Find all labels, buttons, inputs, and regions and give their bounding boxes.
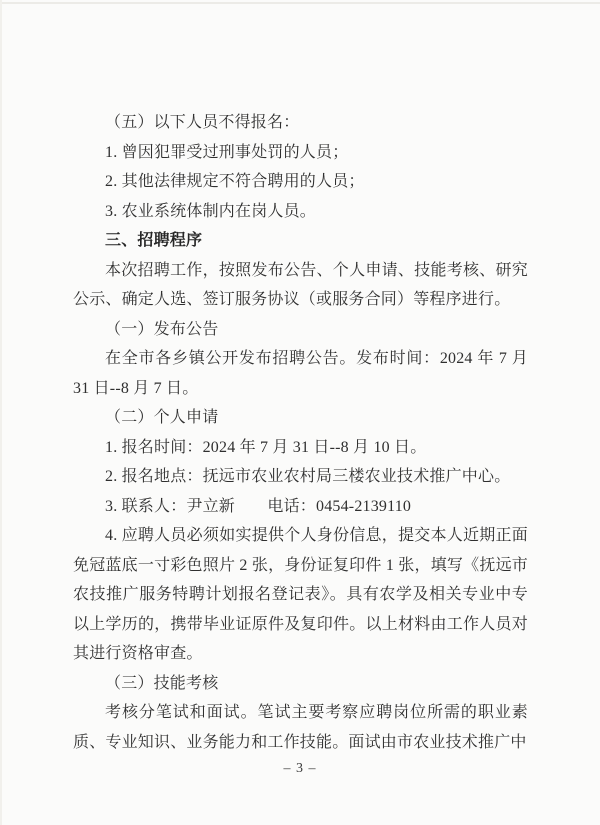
paragraph: 3. 联系人：尹立新 电话：0454-2139110 <box>73 492 528 522</box>
section-heading: 三、招聘程序 <box>73 226 528 256</box>
document-page: （五）以下人员不得报名：1. 曾因犯罪受过刑事处罚的人员；2. 其他法律规定不符… <box>0 0 600 825</box>
paragraph: 2. 其他法律规定不符合聘用的人员； <box>73 167 528 197</box>
paragraph: （三）技能考核 <box>73 669 528 699</box>
paragraph: 在全市各乡镇公开发布招聘公告。发布时间：2024 年 7 月 31 日--8 月… <box>73 344 528 403</box>
paragraph: （二）个人申请 <box>73 403 528 433</box>
paragraph: 考核分笔试和面试。笔试主要考察应聘岗位所需的职业素质、专业知识、业务能力和工作技… <box>73 698 528 757</box>
paragraph: 1. 曾因犯罪受过刑事处罚的人员； <box>73 138 528 168</box>
paragraph: 2. 报名地点：抚远市农业农村局三楼农业技术推广中心。 <box>73 462 528 492</box>
paragraph: （一）发布公告 <box>73 315 528 345</box>
document-body: （五）以下人员不得报名：1. 曾因犯罪受过刑事处罚的人员；2. 其他法律规定不符… <box>73 108 528 757</box>
paragraph: 1. 报名时间：2024 年 7 月 31 日--8 月 10 日。 <box>73 433 528 463</box>
paragraph: （五）以下人员不得报名： <box>73 108 528 138</box>
page-number: – 3 – <box>0 761 600 777</box>
paragraph: 本次招聘工作，按照发布公告、个人申请、技能考核、研究公示、确定人选、签订服务协议… <box>73 256 528 315</box>
paragraph: 4. 应聘人员必须如实提供个人身份信息，提交本人近期正面免冠蓝底一寸彩色照片 2… <box>73 521 528 669</box>
paragraph: 3. 农业系统体制内在岗人员。 <box>73 197 528 227</box>
